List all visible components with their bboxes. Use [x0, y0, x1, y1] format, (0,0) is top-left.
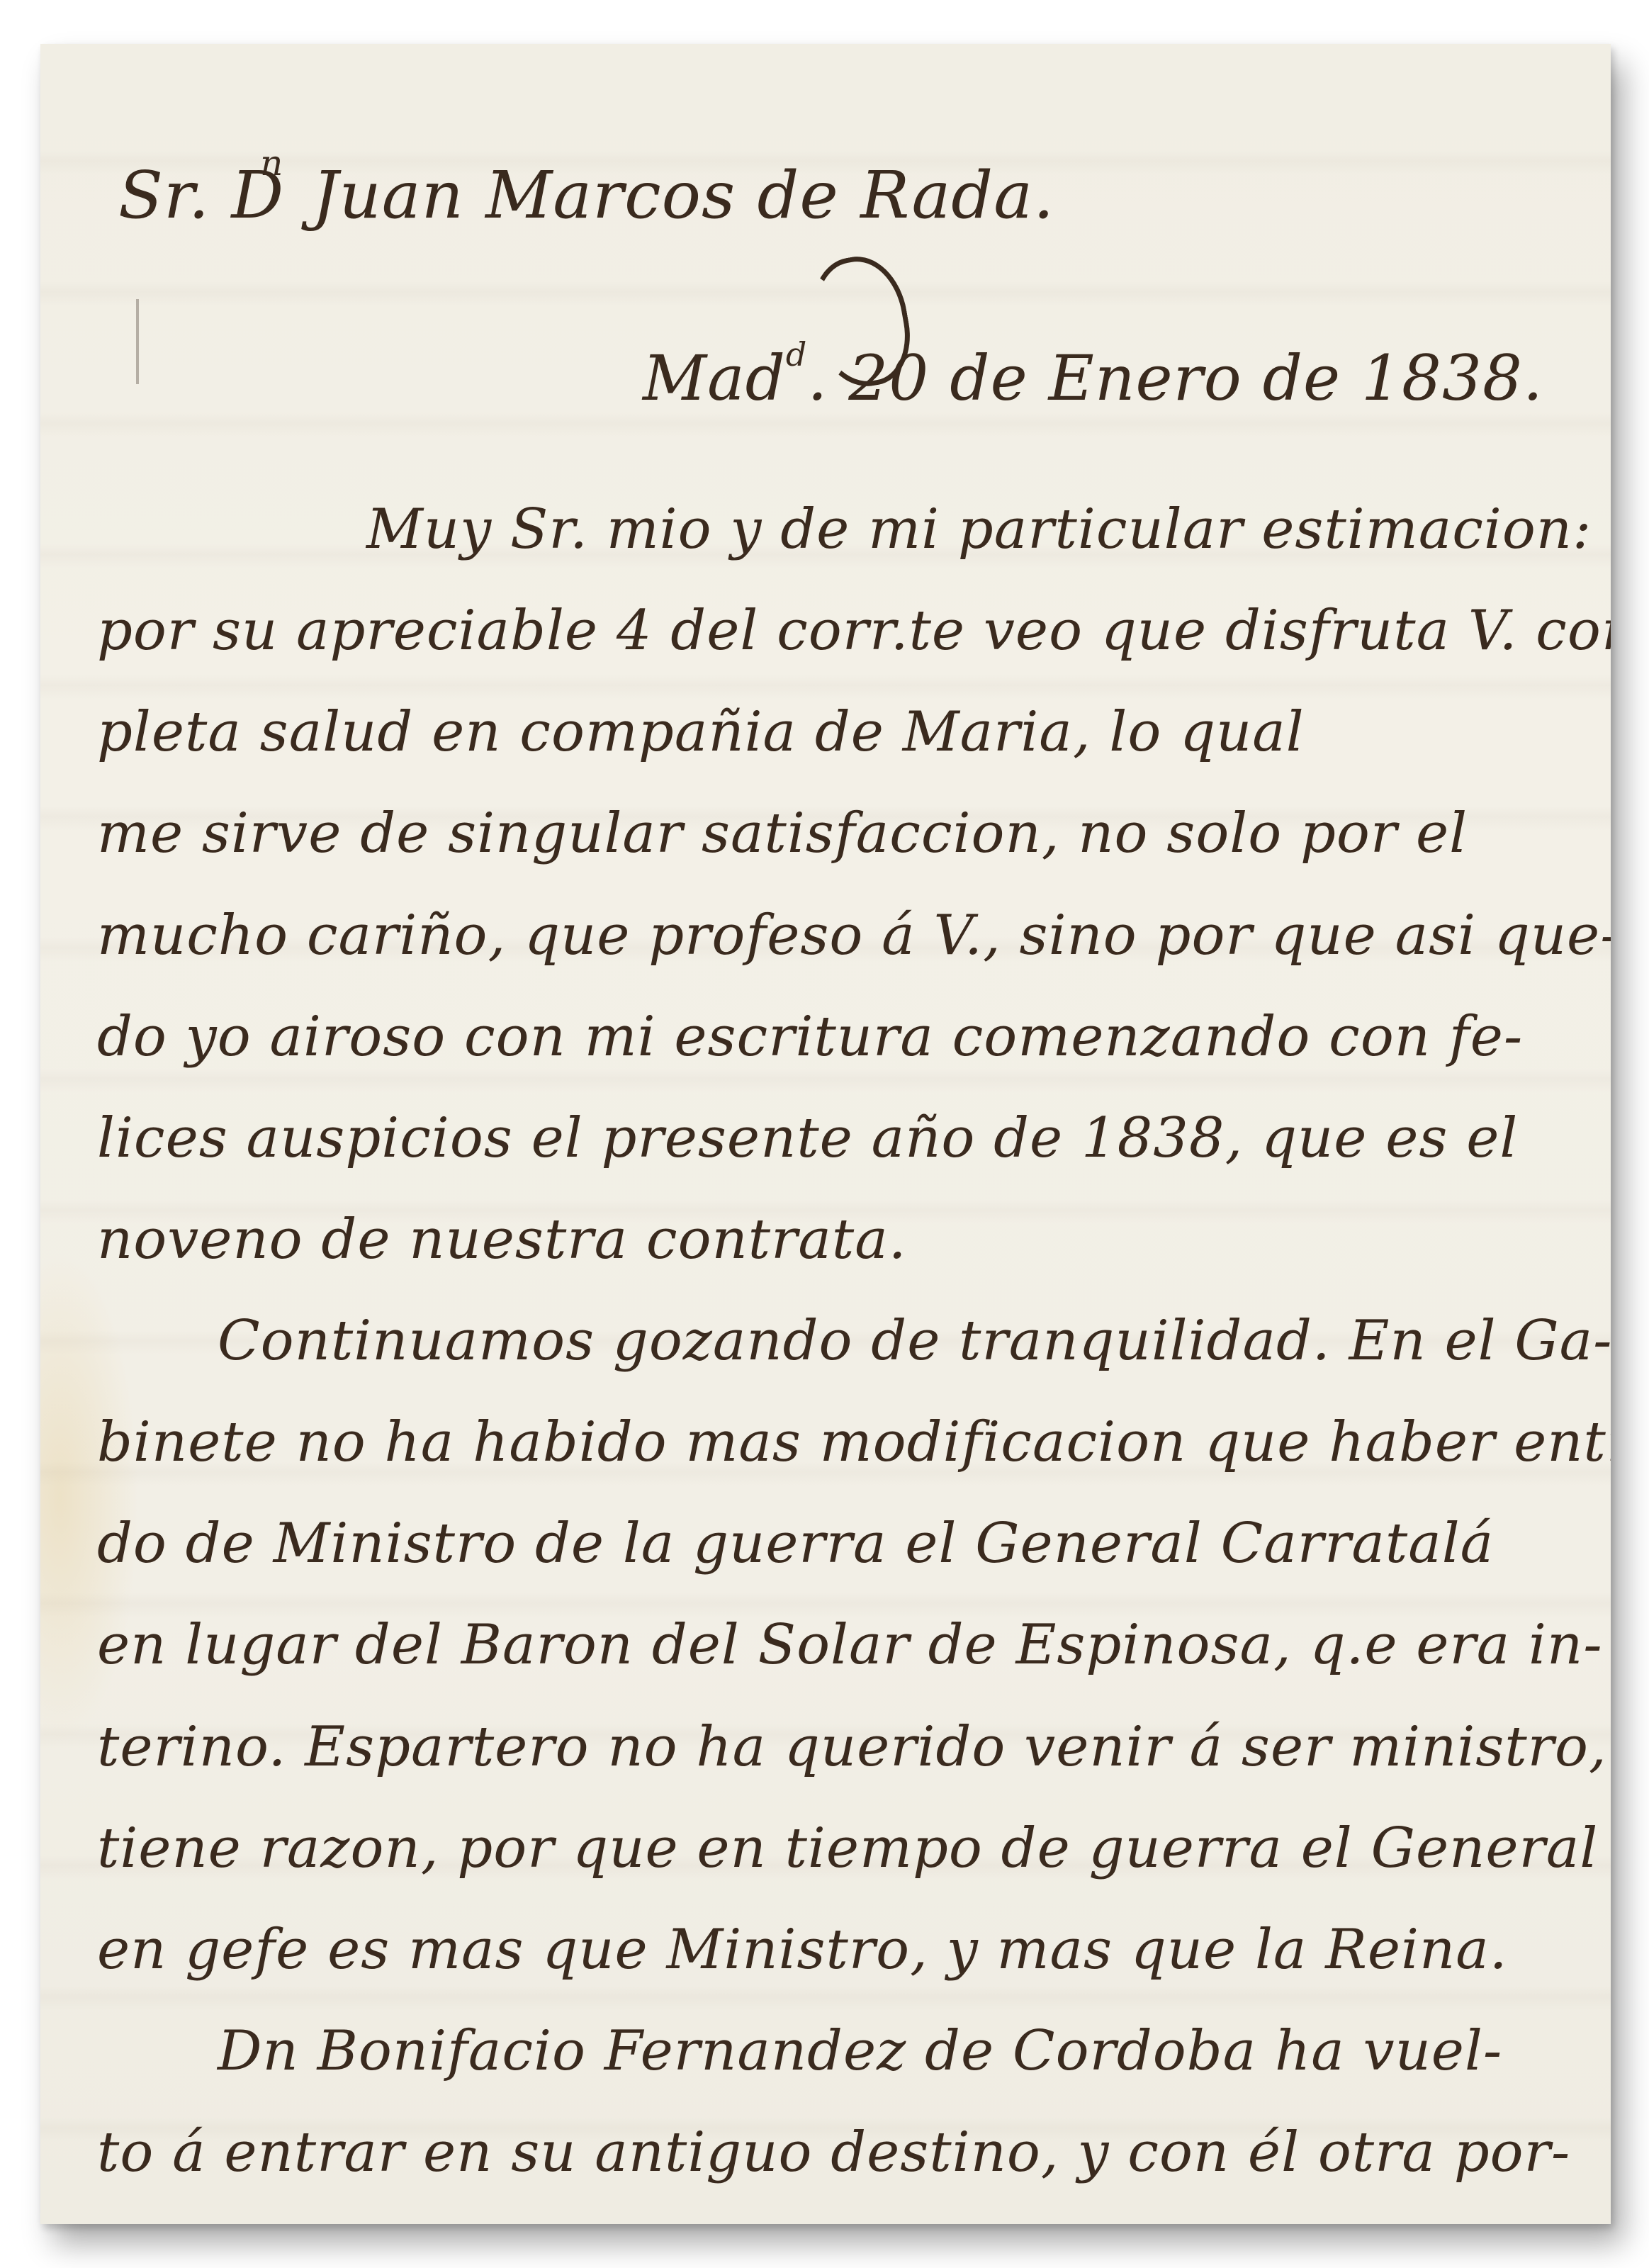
letter-line: lices auspicios el presente año de 1838,…: [97, 1106, 1518, 1170]
letter-line: noveno de nuestra contrata.: [97, 1208, 907, 1271]
letter-line: me sirve de singular satisfaccion, no so…: [97, 802, 1468, 865]
date: . 20 de Enero de 1838.: [807, 342, 1543, 415]
letter-page: Sr. Dn Juan Marcos de Rada. Madd. 20 de …: [40, 44, 1611, 2224]
letter-line: do yo airoso con mi escritura comenzando…: [97, 1005, 1523, 1069]
letter-line: binete no ha habido mas modificacion que…: [97, 1410, 1611, 1474]
letter-line: pleta salud en compañia de Maria, lo qua…: [97, 700, 1305, 764]
addressee-line: Sr. Dn Juan Marcos de Rada.: [118, 157, 1054, 233]
letter-line: terino. Espartero no ha querido venir á …: [97, 1715, 1611, 1779]
letter-line: to á entrar en su antiguo destino, y con…: [97, 2121, 1570, 2184]
place: Mad: [643, 342, 786, 415]
place-date-line: Madd. 20 de Enero de 1838.: [643, 342, 1543, 415]
letter-line: en gefe es mas que Ministro, y mas que l…: [97, 1918, 1508, 1982]
letter-line: Muy Sr. mio y de mi particular estimacio…: [366, 498, 1592, 561]
letter-line: en lugar del Baron del Solar de Espinosa…: [97, 1613, 1603, 1677]
letter-line: do de Ministro de la guerra el General C…: [97, 1512, 1494, 1576]
letter-line: mucho cariño, que profeso á V., sino por…: [97, 904, 1611, 967]
place-superscript: d: [786, 335, 807, 374]
letter-line: tiene razon, por que en tiempo de guerra…: [97, 1817, 1598, 1880]
letter-line: Continuamos gozando de tranquilidad. En …: [218, 1309, 1611, 1373]
margin-pencil-mark: [136, 299, 139, 384]
addressee-prefix-superscript: n: [260, 142, 283, 184]
letter-line: por su apreciable 4 del corr.te veo que …: [97, 599, 1611, 663]
addressee-name: Juan Marcos de Rada.: [313, 157, 1055, 233]
letter-line: Dn Bonifacio Fernandez de Cordoba ha vue…: [218, 2019, 1502, 2083]
